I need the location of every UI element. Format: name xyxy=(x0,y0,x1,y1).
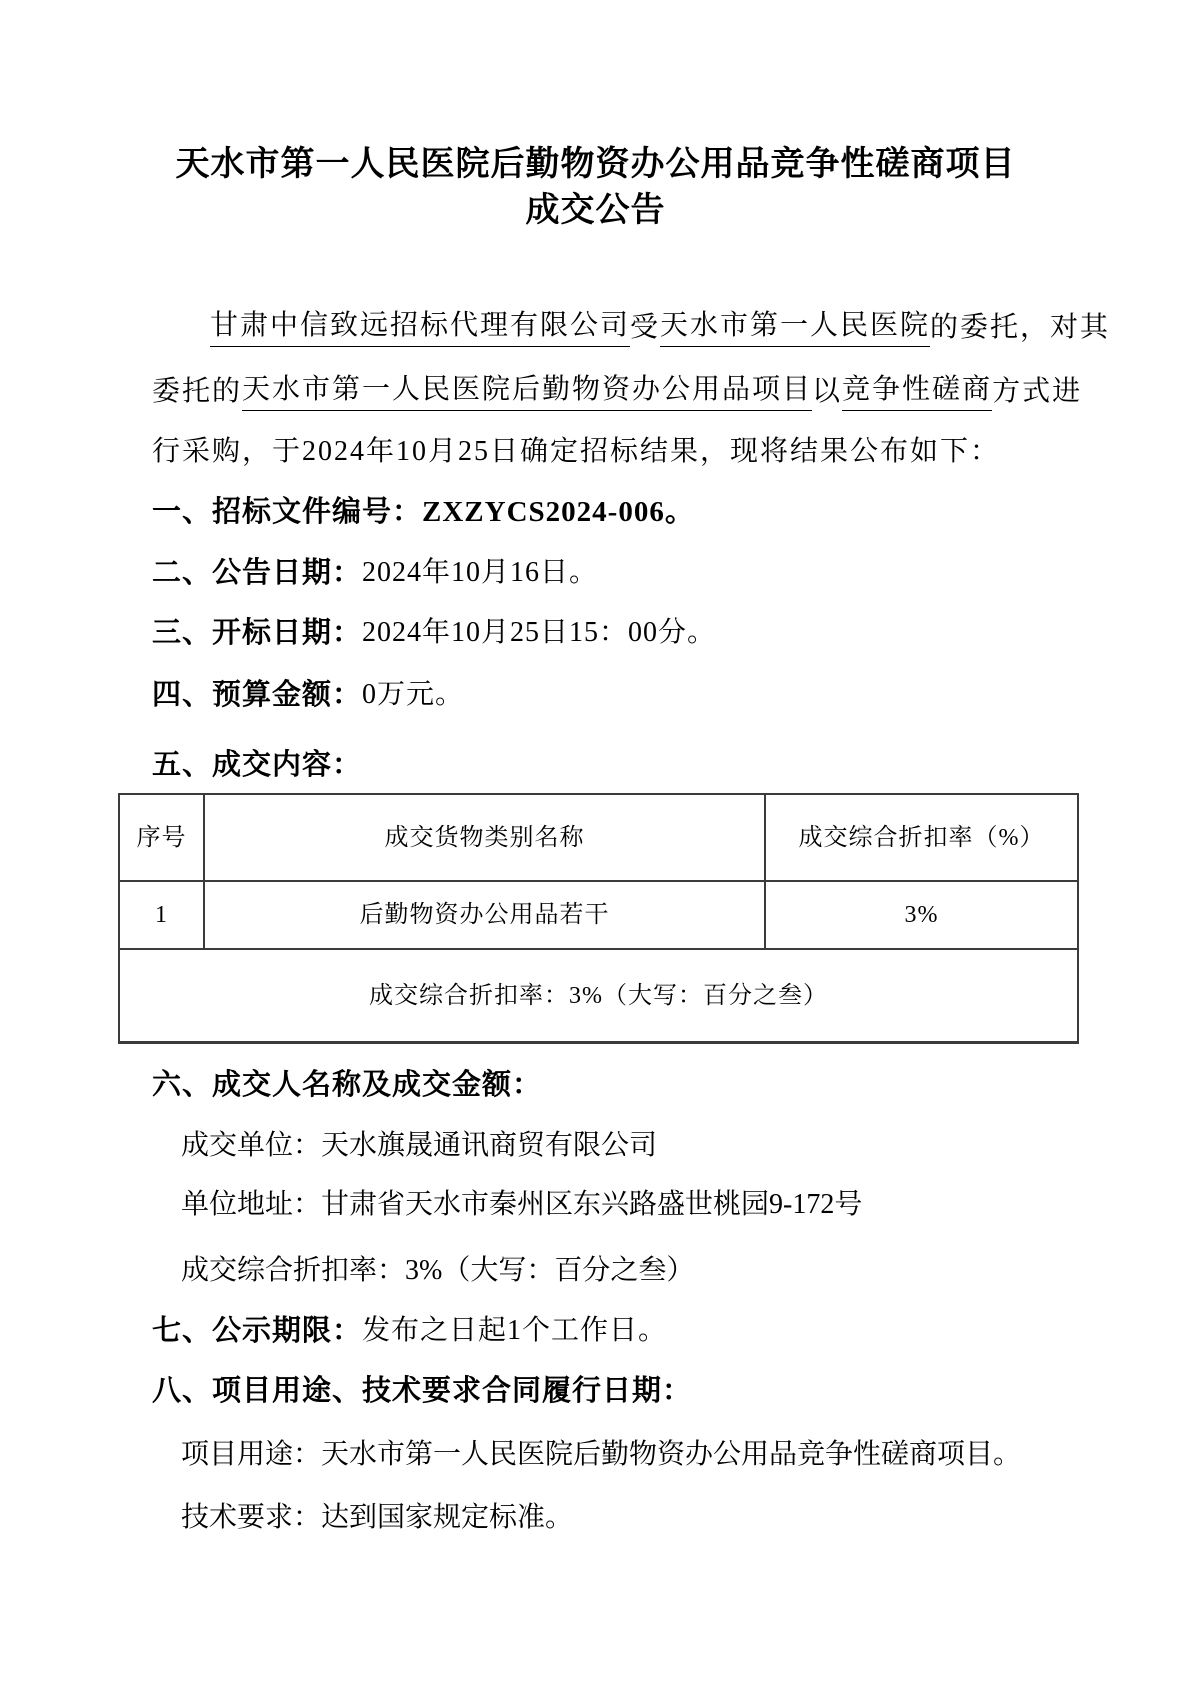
intro-text: 的委托，对其 xyxy=(930,305,1110,345)
section-label: 二、公告日期： xyxy=(152,550,362,591)
intro-text: 方式进 xyxy=(992,369,1082,409)
cell-category: 后勤物资办公用品若干 xyxy=(204,881,765,949)
usage-tech-line: 技术要求：达到国家规定标准。 xyxy=(152,1487,1079,1543)
section-label: 三、开标日期： xyxy=(152,610,362,651)
awardee-discount: 成交综合折扣率：3%（大写：百分之叁） xyxy=(181,1248,694,1288)
page-title-line1: 天水市第一人民医院后勤物资办公用品竞争性磋商项目 xyxy=(0,142,1191,188)
header-cell-no: 序号 xyxy=(119,794,204,881)
intro-line-3: 行采购，于2024年10月25日确定招标结果，现将结果公布如下： xyxy=(152,421,1079,477)
usage-tech: 技术要求：达到国家规定标准。 xyxy=(181,1495,573,1535)
table-row: 1 后勤物资办公用品若干 3% xyxy=(119,881,1078,949)
page-title-line2: 成交公告 xyxy=(0,188,1191,234)
intro-line-1: 甘肃中信致远招标代理有限公司受天水市第一人民医院的委托，对其 xyxy=(152,297,1079,353)
publicity-value: 发布之日起1个工作日。 xyxy=(362,1308,667,1348)
section-open-date: 三、开标日期：2024年10月25日15：00分。 xyxy=(152,602,1079,658)
section-budget: 四、预算金额：0万元。 xyxy=(152,664,1079,720)
usage-purpose: 项目用途：天水市第一人民医院后勤物资办公用品竞争性磋商项目。 xyxy=(181,1432,1021,1472)
section-publicity: 七、公示期限：发布之日起1个工作日。 xyxy=(152,1300,1079,1356)
section-announce-date: 二、公告日期：2024年10月16日。 xyxy=(152,542,1079,598)
section-label: 六、成交人名称及成交金额： xyxy=(152,1062,542,1103)
section-doc-number: 一、招标文件编号：ZXZYCS2024-006。 xyxy=(152,481,1079,537)
section-usage: 八、项目用途、技术要求合同履行日期： xyxy=(152,1360,1079,1416)
header-cell-discount: 成交综合折扣率（%） xyxy=(765,794,1078,881)
section-label: 七、公示期限： xyxy=(152,1308,362,1349)
awardee-address: 单位地址：甘肃省天水市秦州区东兴路盛世桃园9-172号 xyxy=(181,1182,862,1222)
usage-purpose-line: 项目用途：天水市第一人民医院后勤物资办公用品竞争性磋商项目。 xyxy=(152,1424,1079,1480)
section-label: 八、项目用途、技术要求合同履行日期： xyxy=(152,1368,692,1409)
table-header-row: 序号 成交货物类别名称 成交综合折扣率（%） xyxy=(119,794,1078,881)
intro-line-2: 委托的天水市第一人民医院后勤物资办公用品项目以竞争性磋商方式进 xyxy=(152,361,1079,417)
section-award-content: 五、成交内容： xyxy=(152,734,1079,790)
agency-name-underlined: 甘肃中信致远招标代理有限公司 xyxy=(210,303,630,347)
budget-value: 0万元。 xyxy=(362,672,464,712)
intro-text: 行采购，于2024年10月25日确定招标结果，现将结果公布如下： xyxy=(152,429,1000,469)
awardee-company-line: 成交单位：天水旗晟通讯商贸有限公司 xyxy=(152,1115,1079,1171)
hospital-name-underlined: 天水市第一人民医院 xyxy=(660,303,930,347)
table-footer-row: 成交综合折扣率：3%（大写：百分之叁） xyxy=(119,949,1078,1043)
intro-text: 以 xyxy=(812,369,842,409)
doc-number-value: ZXZYCS2024-006。 xyxy=(422,489,695,530)
project-name-underlined: 天水市第一人民医院后勤物资办公用品项目 xyxy=(242,367,812,411)
header-cell-category: 成交货物类别名称 xyxy=(204,794,765,881)
intro-text: 受 xyxy=(630,305,660,345)
award-table: 序号 成交货物类别名称 成交综合折扣率（%） 1 后勤物资办公用品若干 3% 成… xyxy=(118,793,1079,1044)
section-label: 四、预算金额： xyxy=(152,672,362,713)
cell-no: 1 xyxy=(119,881,204,949)
document-page: 天水市第一人民医院后勤物资办公用品竞争性磋商项目 成交公告 甘肃中信致远招标代理… xyxy=(0,0,1191,1684)
cell-discount: 3% xyxy=(765,881,1078,949)
section-label: 五、成交内容： xyxy=(152,742,362,783)
procurement-method-underlined: 竞争性磋商 xyxy=(842,367,992,411)
awardee-discount-line: 成交综合折扣率：3%（大写：百分之叁） xyxy=(152,1240,1079,1296)
awardee-address-line: 单位地址：甘肃省天水市秦州区东兴路盛世桃园9-172号 xyxy=(152,1174,1079,1230)
section-awardee: 六、成交人名称及成交金额： xyxy=(152,1054,1079,1110)
announce-date-value: 2024年10月16日。 xyxy=(362,550,598,590)
table-footer-cell: 成交综合折扣率：3%（大写：百分之叁） xyxy=(119,949,1078,1043)
open-date-value: 2024年10月25日15：00分。 xyxy=(362,610,716,650)
section-label: 一、招标文件编号： xyxy=(152,489,422,530)
awardee-company: 成交单位：天水旗晟通讯商贸有限公司 xyxy=(181,1123,657,1163)
intro-text: 委托的 xyxy=(152,369,242,409)
